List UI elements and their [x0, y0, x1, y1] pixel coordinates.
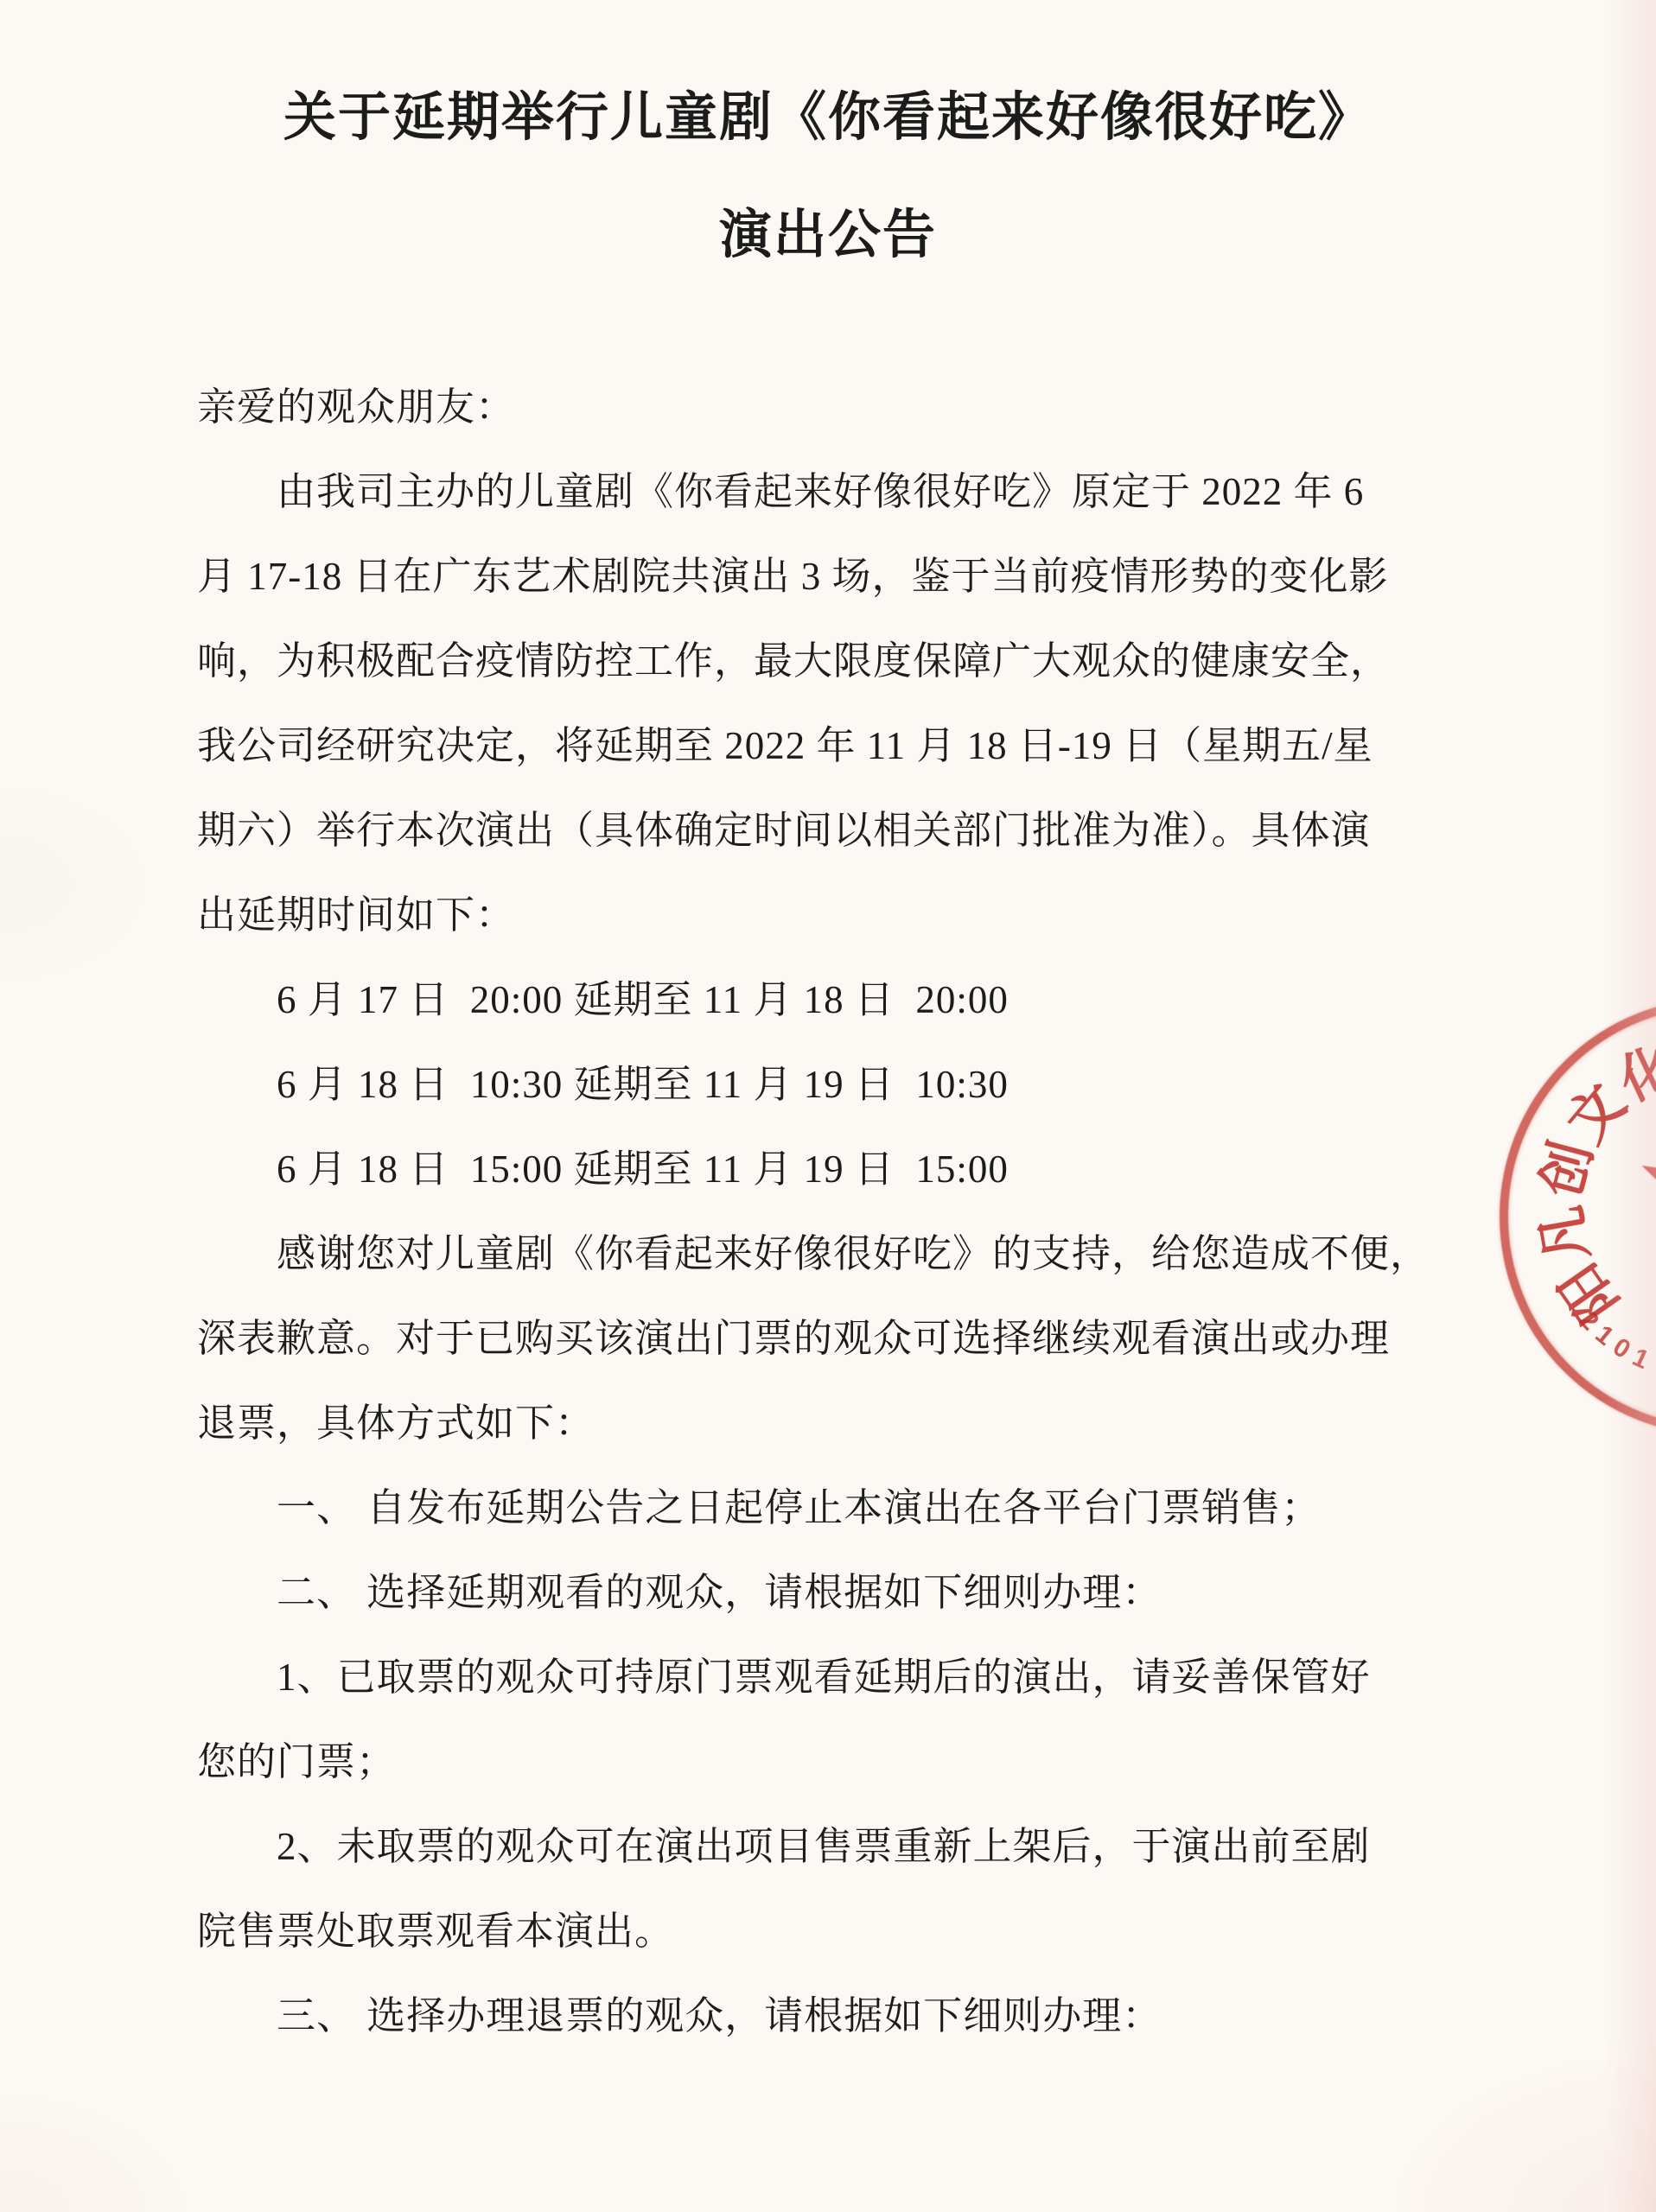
- document-body: 亲爱的观众朋友：由我司主办的儿童剧《你看起来好像很好吃》原定于 2022 年 6…: [197, 365, 1459, 2058]
- text-line: 月 17-18 日在广东艺术剧院共演出 3 场，鉴于当前疫情形势的变化影: [197, 534, 1459, 619]
- text-line: 6 月 17 日 20:00 延期至 11 月 18 日 20:00: [197, 957, 1459, 1042]
- stamp-outer-ring: [1500, 998, 1656, 1435]
- stamp-serial-digit: 1: [1628, 1343, 1653, 1376]
- text-line: 深表歉意。对于已购买该演出门票的观众可选择继续观看演出或办理: [197, 1296, 1459, 1381]
- stamp-serial-digit: 1: [1589, 1320, 1620, 1352]
- text-line: 期六）举行本次演出（具体确定时间以相关部门批准为准）。具体演: [197, 788, 1459, 873]
- text-line: 感谢您对儿童剧《你看起来好像很好吃》的支持，给您造成不便，: [197, 1211, 1459, 1296]
- text-line: 一、 自发布延期公告之日起停止本演出在各平台门票销售；: [197, 1465, 1459, 1550]
- stamp-star-icon: ★: [1612, 1075, 1656, 1313]
- text-line: 二、 选择延期观看的观众，请根据如下细则办理：: [197, 1550, 1459, 1635]
- document-title: 关于延期举行儿童剧《你看起来好像很好吃》 演出公告: [0, 55, 1656, 290]
- text-line: 三、 选择办理退票的观众，请根据如下细则办理：: [197, 1974, 1459, 2058]
- title-line-1: 关于延期举行儿童剧《你看起来好像很好吃》: [0, 55, 1656, 178]
- stamp-ring-character: 化: [1604, 1023, 1656, 1117]
- stamp-ring-character: 创: [1518, 1132, 1608, 1205]
- text-line: 6 月 18 日 15:00 延期至 11 月 19 日 15:00: [197, 1127, 1459, 1211]
- stamp-serial-digit: 0: [1608, 1332, 1635, 1365]
- text-line: 退票，具体方式如下：: [197, 1381, 1459, 1465]
- stamp-ring-character: 阳: [1537, 1250, 1633, 1340]
- text-line: 响，为积极配合疫情防控工作，最大限度保障广大观众的健康安全，: [197, 619, 1459, 703]
- text-line: 您的门票；: [197, 1719, 1459, 1804]
- text-line: 亲爱的观众朋友：: [197, 365, 1459, 449]
- text-line: 出延期时间如下：: [197, 873, 1459, 957]
- text-line: 2、未取票的观众可在演出项目售票重新上架后，于演出前至剧: [197, 1804, 1459, 1889]
- stamp-ring-character: 文: [1545, 1064, 1640, 1156]
- stamp-ring-character: 凡: [1516, 1201, 1603, 1268]
- stamp-serial-digit: 2: [1572, 1306, 1603, 1336]
- text-line: 由我司主办的儿童剧《你看起来好像很好吃》原定于 2022 年 6: [197, 449, 1459, 534]
- text-line: 我公司经研究决定，将延期至 2022 年 11 月 18 日-19 日（星期五/…: [197, 703, 1459, 788]
- text-line: 6 月 18 日 10:30 延期至 11 月 19 日 10:30: [197, 1042, 1459, 1127]
- text-line: 院售票处取票观看本演出。: [197, 1889, 1459, 1974]
- title-line-2: 演出公告: [0, 178, 1656, 290]
- text-line: 1、已取票的观众可持原门票观看延期后的演出，请妥善保管好: [197, 1635, 1459, 1719]
- scanned-announcement-page: 关于延期举行儿童剧《你看起来好像很好吃》 演出公告 亲爱的观众朋友：由我司主办的…: [0, 0, 1656, 2212]
